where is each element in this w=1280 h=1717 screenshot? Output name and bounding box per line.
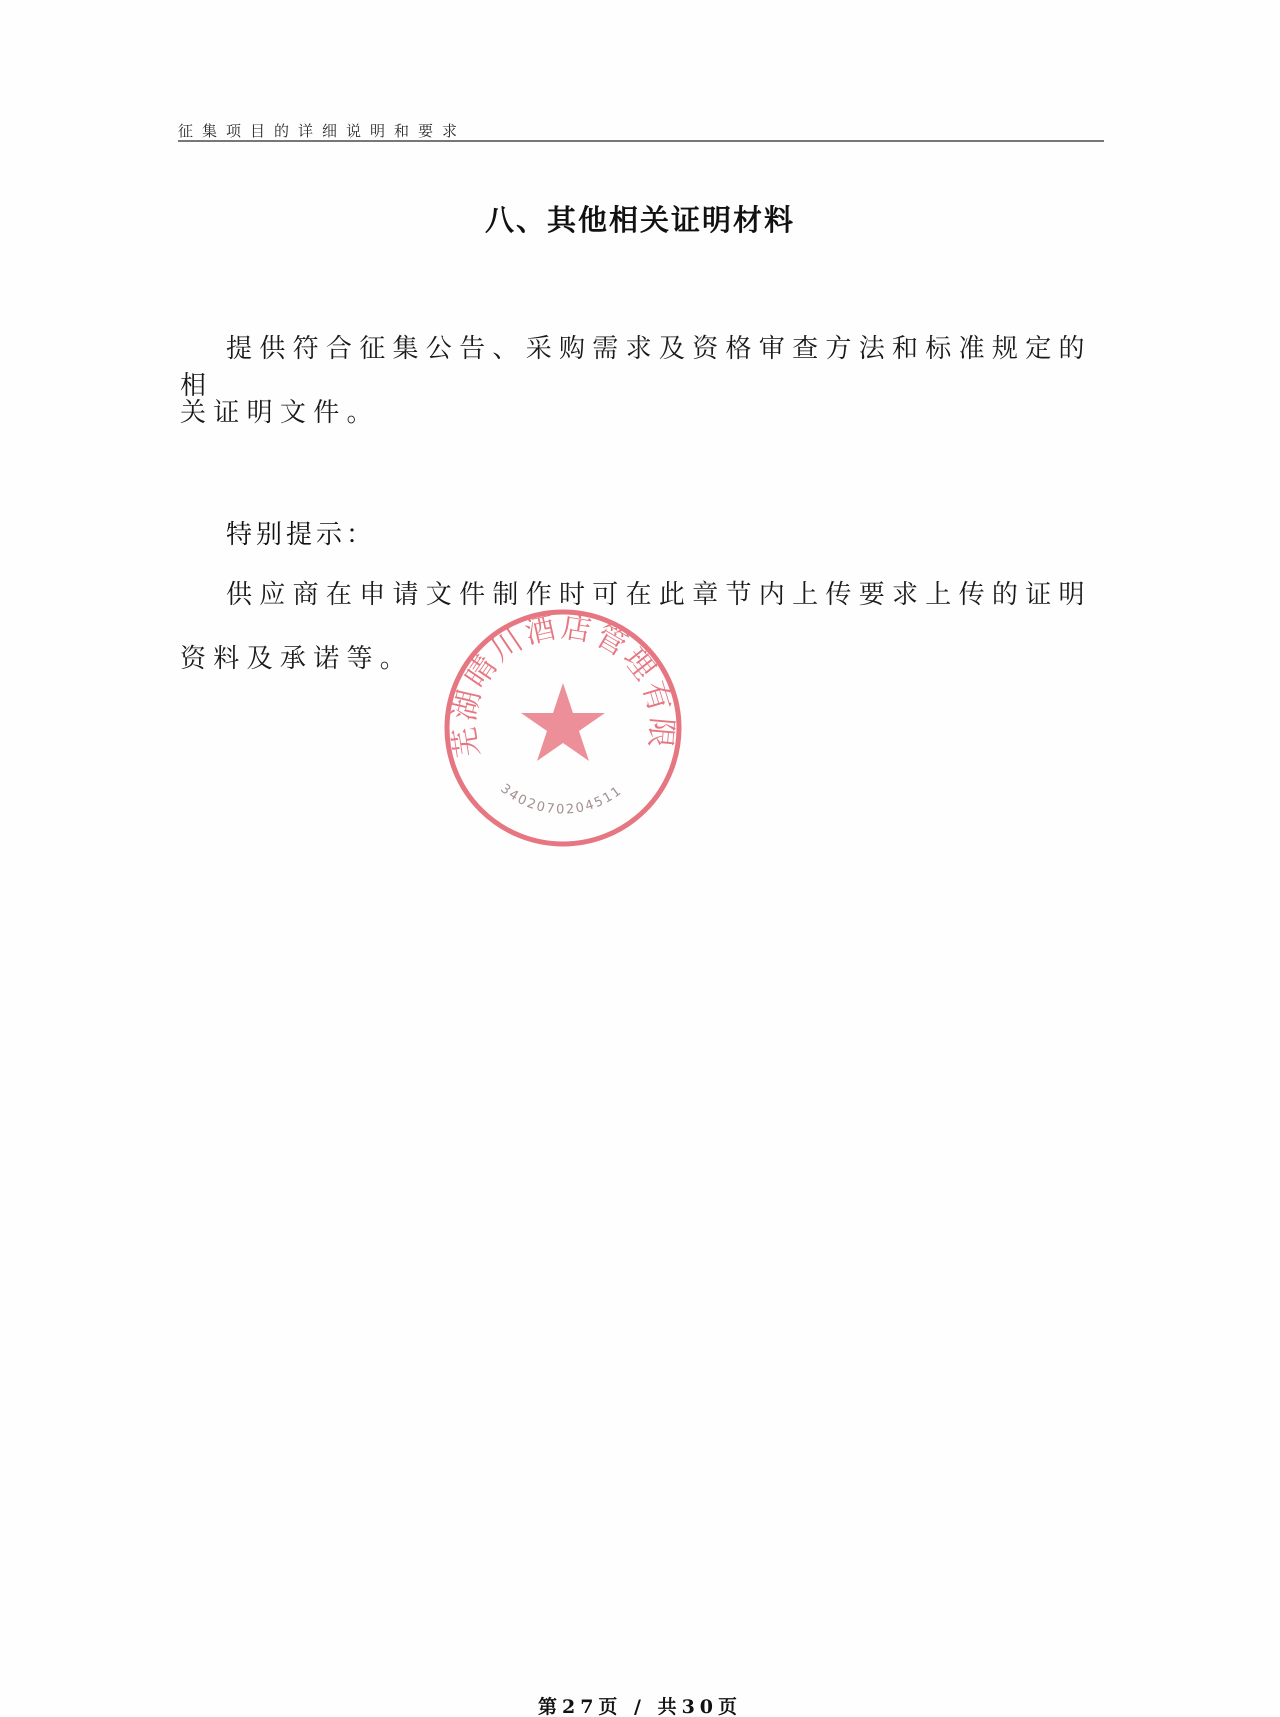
seal-number: 3402070204511 bbox=[497, 781, 625, 817]
running-header: 征集项目的详细说明和要求 bbox=[178, 120, 466, 141]
paragraph-1-line-1: 提供符合征集公告、采购需求及资格审查方法和标准规定的相 bbox=[180, 328, 1110, 402]
page-number-footer: 第27页 / 共30页 bbox=[0, 1692, 1280, 1717]
special-note-label: 特别提示： bbox=[226, 514, 376, 551]
header-divider bbox=[178, 140, 1104, 142]
paragraph-1-line-2: 关证明文件。 bbox=[180, 392, 1110, 429]
svg-text:3402070204511: 3402070204511 bbox=[497, 781, 625, 817]
company-seal-icon: 芜湖晴川酒店管理有限公司 3402070204511 bbox=[440, 605, 686, 851]
section-title: 八、其他相关证明材料 bbox=[0, 198, 1280, 239]
seal-star-icon bbox=[521, 683, 605, 761]
document-page: 征集项目的详细说明和要求 八、其他相关证明材料 提供符合征集公告、采购需求及资格… bbox=[0, 0, 1280, 1717]
